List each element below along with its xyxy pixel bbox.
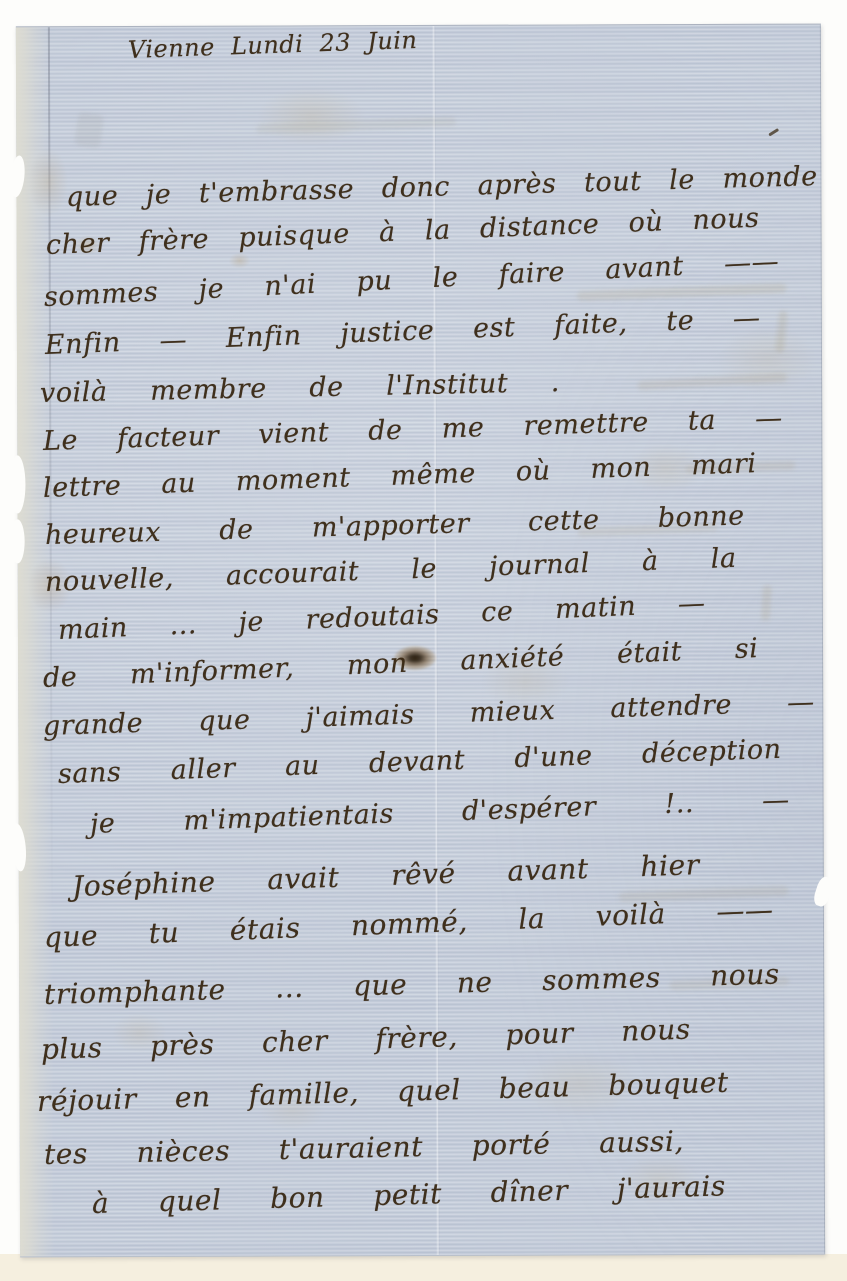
manuscript-line: voilà membre de l'Institut . (40, 369, 560, 408)
manuscript-line: nouvelle, accourait le journal à la (45, 545, 738, 597)
manuscript-lines: que je t'embrasse donc après tout le mon… (0, 0, 847, 1281)
manuscript-line: main ... je redoutais ce matin — (57, 590, 706, 645)
manuscript-line: plus près cher frère, pour nous (41, 1015, 692, 1065)
manuscript-line: Le facteur vient de me remettre ta — (43, 405, 784, 457)
manuscript-line: Joséphine avait rêvé avant hier (71, 850, 700, 901)
manuscript-line: je m'impatientais d'espérer !.. — (90, 787, 791, 840)
manuscript-line: tes nièces t'auraient porté aussi, (44, 1127, 684, 1170)
manuscript-line: Enfin — Enfin justice est faite, te — (44, 305, 761, 361)
manuscript-line: à quel bon petit dîner j'aurais (92, 1171, 727, 1218)
manuscript-line: que tu étais nommé, la voilà —— (43, 895, 774, 952)
manuscript-line: de m'informer, mon anxiété était si (42, 635, 759, 693)
manuscript-line: sans aller au devant d'une déception (58, 736, 783, 790)
manuscript-line: triomphante ... que ne sommes nous (44, 959, 781, 1009)
manuscript-line: réjouir en famille, quel beau bouquet (37, 1068, 730, 1117)
manuscript-line: sommes je n'ai pu le faire avant —— (43, 248, 780, 312)
manuscript-line: heureux de m'apporter cette bonne (45, 502, 746, 550)
manuscript-line: lettre au moment même où mon mari (43, 450, 758, 503)
manuscript-line: grande que j'aimais mieux attendre — (43, 689, 816, 742)
letter-scan: Vienne Lundi 23 Juin que je t'embrasse d… (0, 0, 847, 1281)
